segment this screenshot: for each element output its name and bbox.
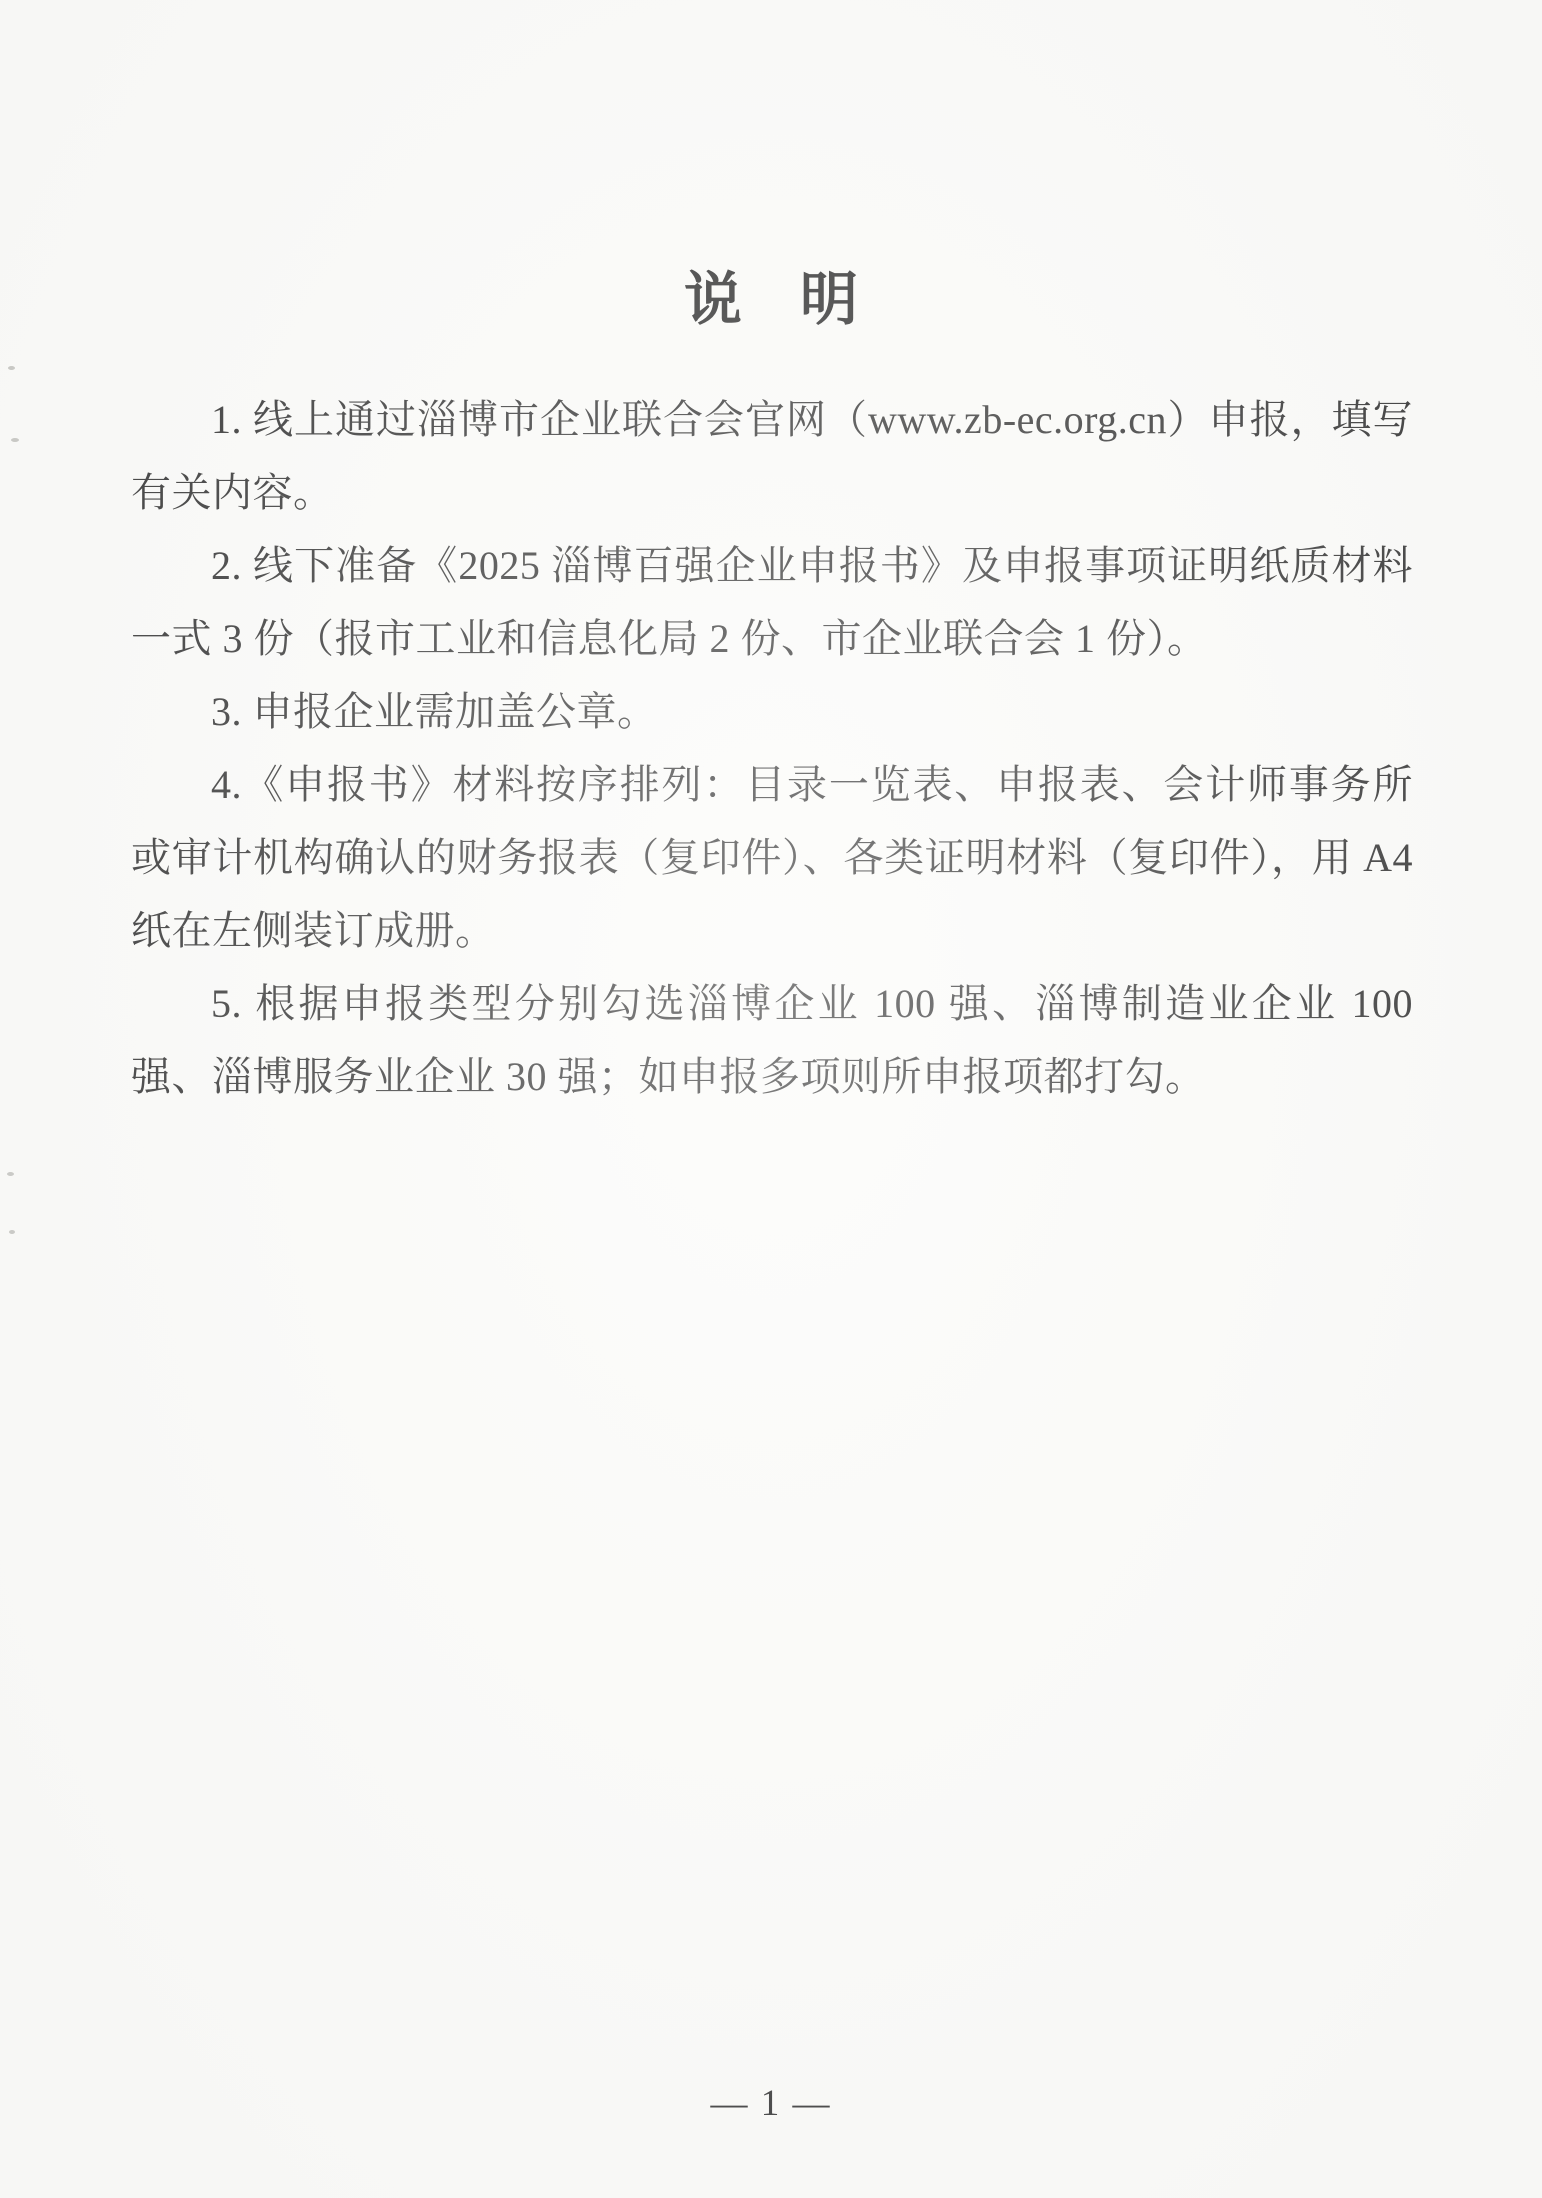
document-body: 1. 线上通过淄博市企业联合会官网（www.zb-ec.org.cn）申报，填写… (131, 383, 1413, 1113)
page-title: 说 明 (0, 252, 1542, 336)
instruction-item-1: 1. 线上通过淄博市企业联合会官网（www.zb-ec.org.cn）申报，填写… (131, 383, 1413, 529)
scan-artifact (9, 1230, 15, 1234)
document-page: 说 明 1. 线上通过淄博市企业联合会官网（www.zb-ec.org.cn）申… (0, 0, 1542, 2198)
instruction-item-5: 5. 根据申报类型分别勾选淄博企业 100 强、淄博制造业企业 100 强、淄博… (131, 967, 1413, 1113)
page-number: — 1 — (0, 2082, 1542, 2125)
scan-artifact (8, 366, 15, 370)
instruction-item-4: 4.《申报书》材料按序排列：目录一览表、申报表、会计师事务所或审计机构确认的财务… (131, 748, 1413, 967)
scan-artifact (11, 438, 19, 442)
instruction-item-3: 3. 申报企业需加盖公章。 (131, 675, 1413, 748)
instruction-item-2: 2. 线下准备《2025 淄博百强企业申报书》及申报事项证明纸质材料一式 3 份… (131, 529, 1413, 675)
scan-artifact (7, 1172, 14, 1176)
